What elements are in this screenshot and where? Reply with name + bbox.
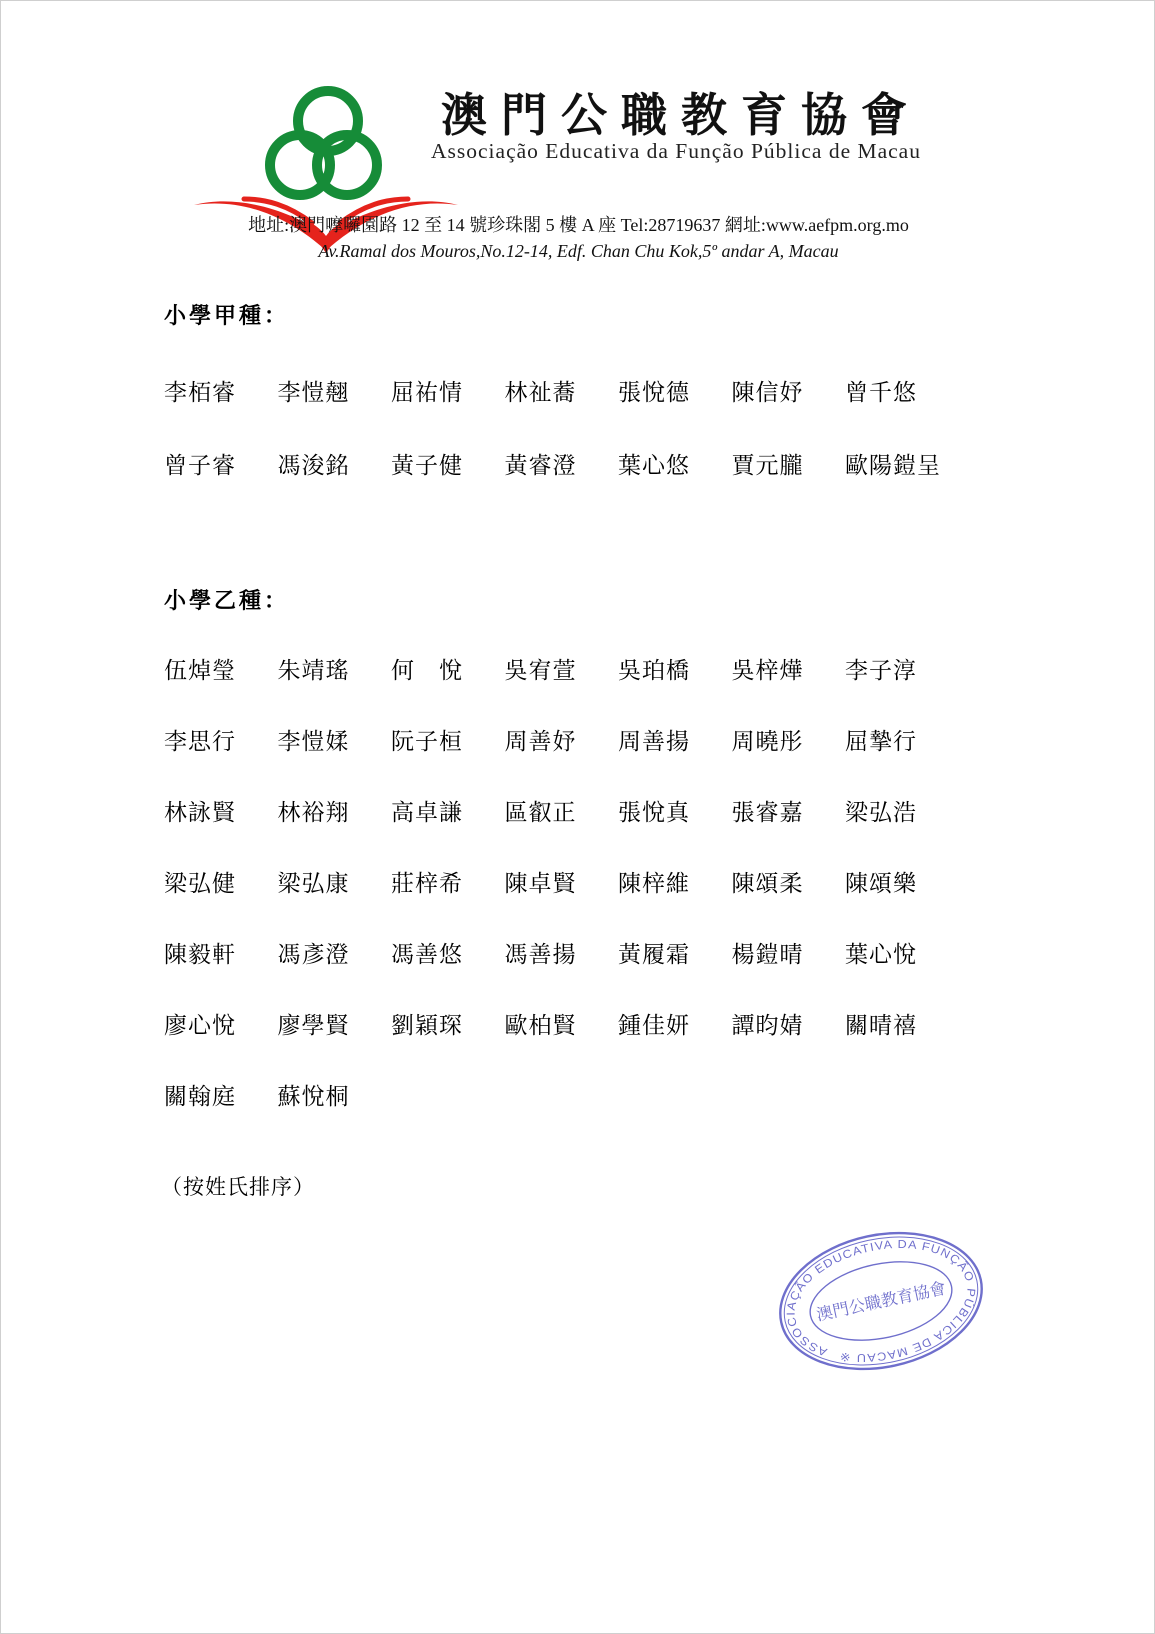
student-name: 莊梓希 bbox=[391, 870, 505, 898]
student-name: 陳梓維 bbox=[618, 870, 732, 898]
section-title: 小學乙種： bbox=[164, 587, 994, 615]
student-name: 陳毅軒 bbox=[164, 941, 278, 969]
section-title: 小學甲種： bbox=[164, 302, 994, 330]
student-name: 張悅德 bbox=[618, 379, 732, 407]
student-name: 李愷媃 bbox=[278, 728, 392, 756]
student-name: 陳頌樂 bbox=[845, 870, 959, 898]
student-name: 周善揚 bbox=[618, 728, 732, 756]
student-name: 歐陽鎧呈 bbox=[845, 452, 959, 480]
student-name: 李愷翹 bbox=[278, 379, 392, 407]
student-name: 張睿嘉 bbox=[732, 799, 846, 827]
student-name: 吳梓燁 bbox=[732, 657, 846, 685]
student-name: 梁弘浩 bbox=[845, 799, 959, 827]
name-grid: 伍焯瑩朱靖瑤何 悅吳宥萱吳珀橋吳梓燁李子淳李思行李愷媃阮子桓周善妤周善揚周曉彤屈… bbox=[164, 657, 994, 1111]
student-name: 區叡正 bbox=[505, 799, 619, 827]
name-row: 林詠賢林裕翔高卓謙區叡正張悅真張睿嘉梁弘浩 bbox=[164, 799, 994, 827]
student-name: 馮彥澄 bbox=[278, 941, 392, 969]
name-row: 關翰庭蘇悅桐 bbox=[164, 1083, 994, 1111]
student-name: 馮善悠 bbox=[391, 941, 505, 969]
student-name: 周善妤 bbox=[505, 728, 619, 756]
student-name: 廖學賢 bbox=[278, 1012, 392, 1040]
student-name: 屈祐情 bbox=[391, 379, 505, 407]
student-name: 黃睿澄 bbox=[505, 452, 619, 480]
student-name: 周曉彤 bbox=[732, 728, 846, 756]
student-name: 李栢睿 bbox=[164, 379, 278, 407]
student-name: 林裕翔 bbox=[278, 799, 392, 827]
student-name: 張悅真 bbox=[618, 799, 732, 827]
student-name: 賈元朧 bbox=[732, 452, 846, 480]
student-name: 馮浚銘 bbox=[278, 452, 392, 480]
name-grid: 李栢睿李愷翹屈祐情林祉蕎張悅德陳信妤曾千悠曾子睿馮浚銘黃子健黃睿澄葉心悠賈元朧歐… bbox=[164, 379, 994, 480]
student-name: 鍾佳妍 bbox=[618, 1012, 732, 1040]
student-name: 陳頌柔 bbox=[732, 870, 846, 898]
name-row: 梁弘健梁弘康莊梓希陳卓賢陳梓維陳頌柔陳頌樂 bbox=[164, 870, 994, 898]
student-name: 梁弘健 bbox=[164, 870, 278, 898]
student-name: 阮子桓 bbox=[391, 728, 505, 756]
sort-note: （按姓氏排序） bbox=[161, 1171, 315, 1201]
name-row: 伍焯瑩朱靖瑤何 悅吳宥萱吳珀橋吳梓燁李子淳 bbox=[164, 657, 994, 685]
student-name: 陳信妤 bbox=[732, 379, 846, 407]
org-name-chinese: 澳門公職教育協會 bbox=[416, 79, 946, 145]
name-row: 李思行李愷媃阮子桓周善妤周善揚周曉彤屈摯行 bbox=[164, 728, 994, 756]
name-row: 李栢睿李愷翹屈祐情林祉蕎張悅德陳信妤曾千悠 bbox=[164, 379, 994, 407]
student-name: 朱靖瑤 bbox=[278, 657, 392, 685]
student-name: 吳珀橋 bbox=[618, 657, 732, 685]
student-name: 李子淳 bbox=[845, 657, 959, 685]
section-primary-type-b: 小學乙種： 伍焯瑩朱靖瑤何 悅吳宥萱吳珀橋吳梓燁李子淳李思行李愷媃阮子桓周善妤周… bbox=[164, 587, 994, 1154]
student-name: 馮善揚 bbox=[505, 941, 619, 969]
student-name: 楊鎧晴 bbox=[732, 941, 846, 969]
address-line: 地址:澳門嚤囉園路 12 至 14 號珍珠閣 5 樓 A 座 Tel:28719… bbox=[1, 211, 1155, 237]
section-primary-type-a: 小學甲種： 李栢睿李愷翹屈祐情林祉蕎張悅德陳信妤曾千悠曾子睿馮浚銘黃子健黃睿澄葉… bbox=[164, 302, 994, 525]
student-name: 黃子健 bbox=[391, 452, 505, 480]
student-name: 梁弘康 bbox=[278, 870, 392, 898]
student-name: 廖心悅 bbox=[164, 1012, 278, 1040]
address-line-portuguese: Av.Ramal dos Mouros,No.12-14, Edf. Chan … bbox=[1, 241, 1155, 262]
stamp-center-text: 澳門公職教育協會 bbox=[815, 1278, 948, 1324]
association-stamp: ASSOCIAÇÃO EDUCATIVA DA FUNÇÃO PÚBLICA D… bbox=[753, 1201, 1008, 1401]
student-name: 黃履霜 bbox=[618, 941, 732, 969]
student-name: 葉心悠 bbox=[618, 452, 732, 480]
student-name: 葉心悅 bbox=[845, 941, 959, 969]
student-name: 歐柏賢 bbox=[505, 1012, 619, 1040]
student-name: 何 悅 bbox=[391, 657, 505, 685]
name-row: 廖心悅廖學賢劉穎琛歐柏賢鍾佳妍譚昀婧關晴禧 bbox=[164, 1012, 994, 1040]
student-name: 吳宥萱 bbox=[505, 657, 619, 685]
student-name: 陳卓賢 bbox=[505, 870, 619, 898]
student-name: 高卓謙 bbox=[391, 799, 505, 827]
student-name: 林祉蕎 bbox=[505, 379, 619, 407]
org-name-portuguese: Associação Educativa da Função Pública d… bbox=[406, 139, 946, 164]
student-name: 曾子睿 bbox=[164, 452, 278, 480]
student-name: 關翰庭 bbox=[164, 1083, 278, 1111]
name-row: 曾子睿馮浚銘黃子健黃睿澄葉心悠賈元朧歐陽鎧呈 bbox=[164, 452, 994, 480]
document-page: 澳門公職教育協會 Associação Educativa da Função … bbox=[0, 0, 1155, 1634]
student-name: 伍焯瑩 bbox=[164, 657, 278, 685]
student-name: 譚昀婧 bbox=[732, 1012, 846, 1040]
student-name: 屈摯行 bbox=[845, 728, 959, 756]
name-row: 陳毅軒馮彥澄馮善悠馮善揚黃履霜楊鎧晴葉心悅 bbox=[164, 941, 994, 969]
student-name: 劉穎琛 bbox=[391, 1012, 505, 1040]
student-name: 關晴禧 bbox=[845, 1012, 959, 1040]
student-name: 曾千悠 bbox=[845, 379, 959, 407]
student-name: 蘇悅桐 bbox=[278, 1083, 392, 1111]
student-name: 李思行 bbox=[164, 728, 278, 756]
student-name: 林詠賢 bbox=[164, 799, 278, 827]
